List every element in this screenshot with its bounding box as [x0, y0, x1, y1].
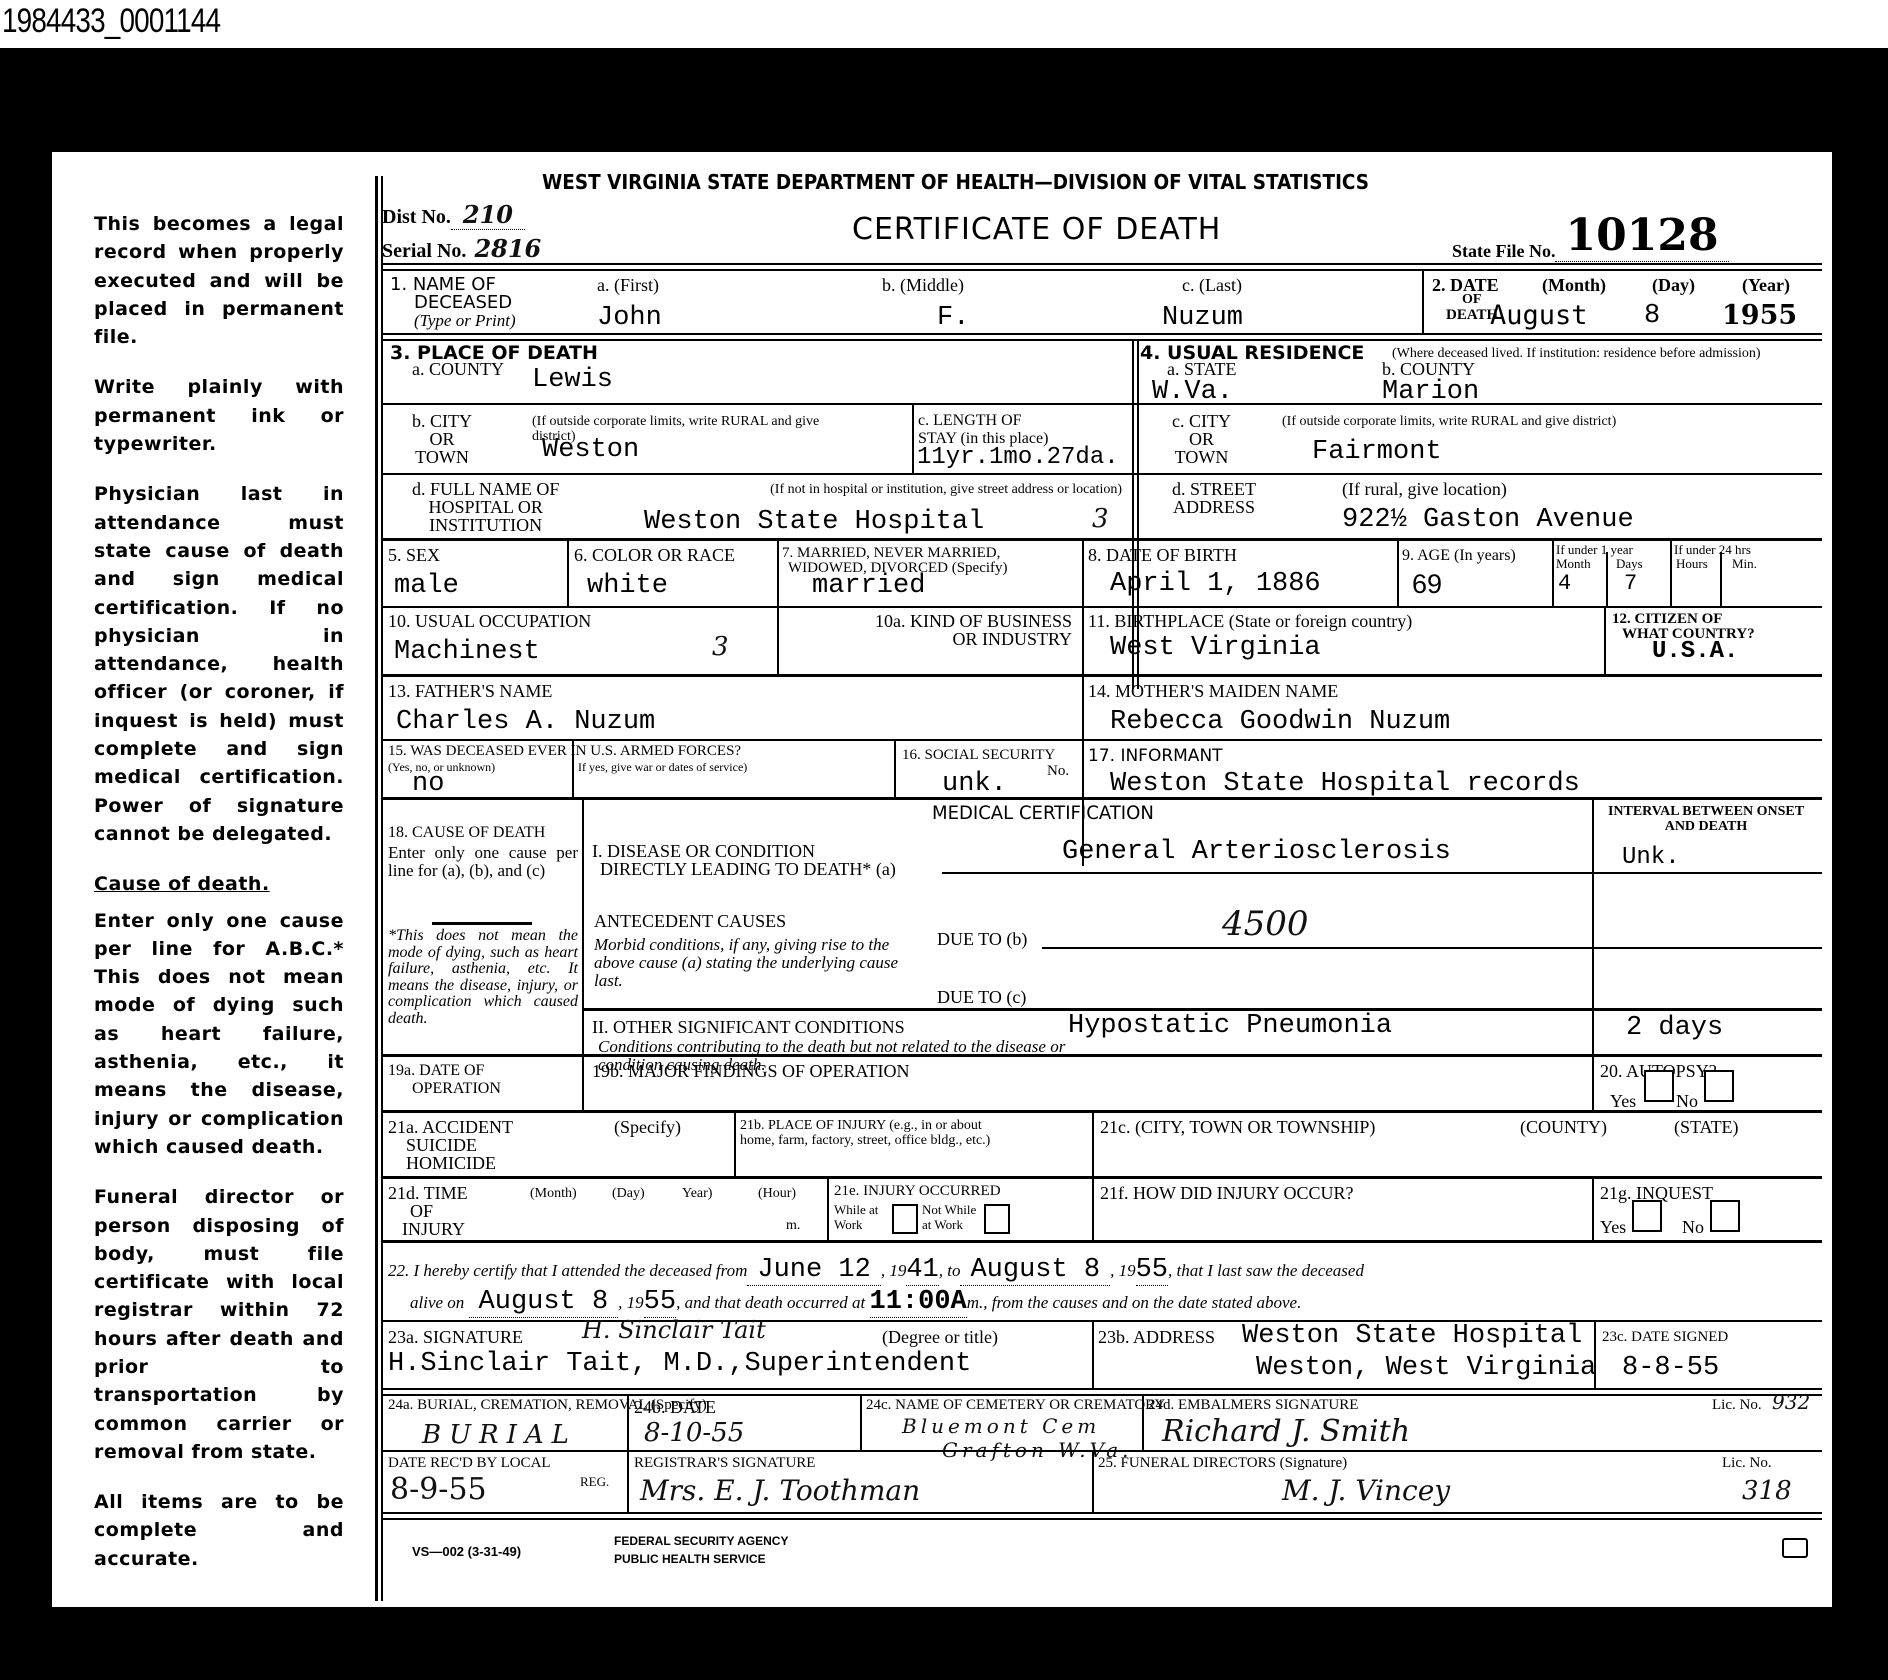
footer-agency: FEDERAL SECURITY AGENCY PUBLIC HEALTH SE… — [614, 1532, 788, 1568]
injury-m-label: m. — [786, 1218, 800, 1233]
operation-date-label: 19a. DATE OF OPERATION — [388, 1062, 501, 1098]
place-of-injury-label-1: 21b. PLACE OF INJURY (e.g., in or about — [740, 1118, 1090, 1133]
physician-signature: H. Sinclair Tait — [582, 1316, 766, 1344]
operation-date-label-1: 19a. DATE OF — [388, 1062, 501, 1080]
business-label-2: OR INDUSTRY — [782, 630, 1072, 648]
time-of-injury-label-2: OF — [388, 1202, 468, 1220]
injury-day-label: (Day) — [612, 1186, 645, 1201]
registrar-signature: Mrs. E. J. Toothman — [640, 1474, 920, 1507]
medical-heading: MEDICAL CERTIFICATION — [932, 802, 1154, 824]
top-band: 1984433_0001144 — [0, 0, 1888, 48]
certificate-title: CERTIFICATE OF DEATH — [852, 212, 1221, 247]
street-label-2: ADDRESS — [1172, 498, 1256, 516]
business-label: 10a. KIND OF BUSINESS OR INDUSTRY — [782, 612, 1072, 648]
address-line2: Weston, West Virginia — [1256, 1354, 1596, 1382]
accident-label-3: HOMICIDE — [388, 1154, 513, 1172]
rule — [1606, 552, 1608, 606]
age-value: 69 — [1412, 570, 1442, 598]
place-of-injury-label-2: home, farm, factory, street, office bldg… — [740, 1133, 1090, 1148]
due-to-b-value: 4500 — [1222, 904, 1309, 944]
birthplace-value: West Virginia — [1110, 634, 1321, 662]
line-a-label: I. DISEASE OR CONDITION DIRECTLY LEADING… — [592, 842, 896, 878]
death-month-value: August — [1490, 302, 1588, 330]
street-label: d. STREET ADDRESS — [1172, 480, 1256, 516]
rule — [382, 333, 1822, 341]
to-year-prefix: , 19 — [1110, 1261, 1136, 1280]
inquest-no-label: No — [1682, 1218, 1704, 1236]
hospital-label-1: d. FULL NAME OF — [412, 480, 559, 498]
rule — [1397, 540, 1399, 606]
date-signed-label: 23c. DATE SIGNED — [1602, 1330, 1728, 1345]
rule — [894, 739, 896, 797]
death-time: 11:00A — [870, 1287, 967, 1318]
certify-statement-line2: alive on August 8, 1955, and that death … — [410, 1288, 1301, 1316]
accident-label: 21a. ACCIDENT SUICIDE HOMICIDE — [388, 1118, 513, 1172]
certificate-paper: This becomes a legal record when properl… — [52, 152, 1832, 1607]
injury-city-label: 21c. (CITY, TOWN OR TOWNSHIP) — [1100, 1118, 1375, 1136]
cemetery-label: 24c. NAME OF CEMETERY OR CREMATORY — [866, 1398, 1165, 1413]
dist-no-value: 210 — [451, 200, 525, 230]
birthplace-label: 11. BIRTHPLACE (State or foreign country… — [1088, 612, 1412, 630]
rule — [827, 1178, 829, 1240]
not-while-at-work-label: Not While at Work — [922, 1202, 982, 1232]
dob-label: 8. DATE OF BIRTH — [1088, 546, 1237, 564]
res-city-label-2: OR — [1172, 430, 1231, 448]
autopsy-no-checkbox[interactable] — [1704, 1070, 1734, 1102]
date-signed-value: 8-8-55 — [1622, 1354, 1719, 1382]
last-seen-year: 55 — [644, 1287, 676, 1318]
instruction-write-plainly: Write plainly with permanent ink or type… — [94, 373, 344, 458]
last-name-label: c. (Last) — [1182, 276, 1242, 294]
res-city-label: c. CITY OR TOWN — [1172, 412, 1231, 466]
middle-name-label: b. (Middle) — [882, 276, 964, 294]
county-label: a. COUNTY — [412, 360, 504, 378]
dod-label-3: DEATH — [1432, 306, 1499, 324]
accident-specify: (Specify) — [614, 1118, 681, 1136]
rule — [382, 538, 1822, 541]
armed-forces-sub2: If yes, give war or dates of service) — [578, 760, 747, 775]
city-value: Weston — [542, 436, 639, 464]
place-of-injury-label: 21b. PLACE OF INJURY (e.g., in or about … — [740, 1118, 1090, 1148]
marital-value: married — [812, 572, 925, 600]
occupation-value: Machinest — [394, 638, 540, 666]
days-label: Days — [1616, 556, 1643, 571]
burial-value: BURIAL — [422, 1420, 577, 1450]
certify-text-3: , and that death occurred at — [676, 1293, 865, 1312]
name-label: 1. NAME OF DECEASED (Type or Print) — [390, 276, 516, 330]
last-seen-date: August 8 — [469, 1287, 619, 1318]
cause-of-death-label: 18. CAUSE OF DEATH — [388, 824, 545, 842]
rule — [382, 606, 1822, 608]
cause-of-death-heading: Cause of death. — [94, 873, 270, 895]
document-id: 1984433_0001144 — [2, 2, 220, 41]
residence-state-value: W.Va. — [1152, 378, 1233, 406]
from-year-prefix: , 19 — [881, 1261, 907, 1280]
line-a-label-1: I. DISEASE OR CONDITION — [592, 842, 896, 860]
time-of-injury-label-3: INJURY — [388, 1220, 468, 1238]
city-label-1: b. CITY — [412, 412, 472, 430]
burial-date-label: 24b. DATE — [634, 1398, 716, 1416]
res-city-label-3: TOWN — [1172, 448, 1231, 466]
rule — [942, 872, 1822, 874]
residence-state-label: a. STATE — [1167, 360, 1237, 378]
father-value: Charles A. Nuzum — [396, 708, 655, 736]
autopsy-no-label: No — [1676, 1092, 1698, 1110]
informant-value: Weston State Hospital records — [1110, 770, 1580, 798]
attended-to-date: August 8 — [960, 1255, 1110, 1286]
armed-forces-label: 15. WAS DECEASED EVER IN U.S. ARMED FORC… — [388, 744, 741, 759]
operation-findings-label: 19b. MAJOR FINDINGS OF OPERATION — [592, 1062, 910, 1080]
rule — [382, 674, 1822, 677]
hospital-label-3: INSTITUTION — [412, 516, 559, 534]
certify-text-1: 22. I hereby certify that I attended the… — [388, 1261, 747, 1280]
street-note: (If rural, give location) — [1342, 480, 1507, 498]
marital-label-1: 7. MARRIED, NEVER MARRIED, — [782, 546, 1008, 561]
rule — [912, 403, 914, 473]
rule — [382, 1054, 1822, 1057]
instruction-physician: Physician last in attendance must state … — [94, 480, 344, 848]
sex-value: male — [394, 572, 459, 600]
serial-no: Serial No.2816 — [382, 234, 549, 263]
ssn-label-no: No. — [1047, 764, 1069, 779]
day-label: (Day) — [1652, 276, 1695, 294]
name-label-2: DECEASED — [390, 294, 516, 312]
date-of-death-label: 2. DATE OF DEATH — [1432, 276, 1499, 324]
other-conditions-interval: 2 days — [1626, 1014, 1723, 1042]
hours-label: Hours — [1676, 556, 1708, 571]
hospital-mark: 3 — [1092, 504, 1109, 534]
first-name-value: John — [597, 304, 662, 332]
rule — [777, 540, 779, 606]
line-a-value: General Arteriosclerosis — [1062, 838, 1451, 866]
street-value: 922½ Gaston Avenue — [1342, 506, 1634, 534]
ssn-label: 16. SOCIAL SECURITY — [902, 748, 1055, 763]
stay-value: 11yr.1mo.27da. — [917, 444, 1119, 472]
mother-value: Rebecca Goodwin Nuzum — [1110, 708, 1450, 736]
address-line1: Weston State Hospital — [1242, 1322, 1582, 1350]
res-city-value: Fairmont — [1312, 438, 1442, 466]
rule — [1670, 540, 1672, 606]
county-value: Lewis — [532, 366, 613, 394]
residence-county-label: b. COUNTY — [1382, 360, 1475, 378]
date-received-label: DATE REC'D BY LOCAL — [388, 1456, 551, 1471]
father-label: 13. FATHER'S NAME — [388, 682, 552, 700]
signer-name: H.Sinclair Tait, M.D.,Superintendent — [388, 1350, 971, 1378]
rule — [582, 1056, 584, 1110]
certify-statement-line1: 22. I hereby certify that I attended the… — [388, 1256, 1364, 1284]
rule — [1592, 1178, 1594, 1240]
city-label-3: TOWN — [412, 448, 472, 466]
armed-forces-value: no — [412, 770, 444, 798]
footer-agency-1: FEDERAL SECURITY AGENCY — [614, 1532, 788, 1550]
line-a-interval: Unk. — [1622, 844, 1680, 872]
funeral-lic-value: 318 — [1742, 1476, 1792, 1506]
attended-to-year: 55 — [1136, 1255, 1168, 1286]
funeral-lic-label: Lic. No. — [1722, 1456, 1772, 1471]
embalmer-lic-value: 932 — [1772, 1390, 1810, 1414]
accident-label-2: SUICIDE — [388, 1136, 513, 1154]
rule — [382, 473, 1822, 475]
state-file-label: State File No. — [1452, 241, 1555, 261]
how-injury-label: 21f. HOW DID INJURY OCCUR? — [1100, 1184, 1354, 1202]
date-received-value: 8-9-55 — [390, 1472, 487, 1507]
interval-label: INTERVAL BETWEEN ONSET AND DEATH — [1596, 804, 1816, 834]
rule — [1422, 269, 1424, 335]
rule — [777, 606, 779, 674]
rule — [382, 263, 1822, 271]
rule — [382, 1176, 1822, 1179]
cause-footnote: *This does not mean the mode of dying, s… — [388, 928, 578, 1027]
street-label-1: d. STREET — [1172, 480, 1256, 498]
instructions-sidebar: This becomes a legal record when properl… — [94, 210, 344, 1595]
citizen-value: U.S.A. — [1652, 638, 1738, 666]
city-label: b. CITY OR TOWN — [412, 412, 472, 466]
other-conditions-value: Hypostatic Pneumonia — [1068, 1012, 1392, 1040]
injury-month-label: (Month) — [530, 1186, 577, 1201]
degree-label: (Degree or title) — [882, 1328, 998, 1346]
due-to-c-label: DUE TO (c) — [937, 988, 1026, 1006]
rule — [1604, 606, 1606, 674]
inquest-yes-checkbox[interactable] — [1632, 1200, 1662, 1232]
dist-no: Dist No.210 — [382, 200, 525, 229]
cause-instructions: Enter only one cause per line for (a), (… — [388, 844, 578, 880]
embalmer-label: 24d. EMBALMERS SIGNATURE — [1148, 1398, 1358, 1413]
injury-county-label: (COUNTY) — [1520, 1118, 1607, 1136]
embalmer-signature: Richard J. Smith — [1162, 1414, 1410, 1449]
union-label-icon — [1782, 1538, 1808, 1558]
not-while-at-work-checkbox[interactable] — [984, 1204, 1010, 1234]
rule — [567, 540, 569, 606]
inquest-yes-label: Yes — [1600, 1218, 1626, 1236]
rule — [734, 1112, 736, 1176]
race-value: white — [587, 572, 668, 600]
rule — [860, 1394, 862, 1450]
stay-label-1: c. LENGTH OF — [918, 412, 1048, 430]
attended-from-date: June 12 — [747, 1255, 880, 1286]
inquest-no-checkbox[interactable] — [1710, 1200, 1740, 1232]
middle-name-value: F. — [937, 304, 969, 332]
mother-label: 14. MOTHER'S MAIDEN NAME — [1088, 682, 1338, 700]
rule — [382, 1388, 1822, 1396]
certificate-form: WEST VIRGINIA STATE DEPARTMENT OF HEALTH… — [382, 152, 1822, 1607]
serial-no-value: 2816 — [466, 234, 549, 264]
state-file-no: State File No.10128 — [1452, 210, 1729, 262]
certify-text-4: m., from the causes and on the date stat… — [967, 1293, 1302, 1312]
date-received-reg: REG. — [580, 1474, 609, 1489]
funeral-director-signature: M. J. Vincey — [1282, 1474, 1450, 1507]
rule — [382, 1240, 1822, 1243]
residence-county-value: Marion — [1382, 378, 1479, 406]
dob-value: April 1, 1886 — [1110, 570, 1321, 598]
year-label: (Year) — [1742, 276, 1790, 294]
months-label: Month — [1556, 556, 1591, 571]
rule — [1592, 800, 1594, 1110]
to-text: , to — [939, 1261, 961, 1280]
injury-year-label: Year) — [682, 1186, 712, 1201]
sex-label: 5. SEX — [388, 546, 440, 564]
instruction-complete: All items are to be complete and accurat… — [94, 1488, 344, 1573]
accident-label-1: 21a. ACCIDENT — [388, 1118, 513, 1136]
occupation-label: 10. USUAL OCCUPATION — [388, 612, 591, 630]
due-to-b-label: DUE TO (b) — [937, 930, 1027, 948]
citizen-label-1: 12. CITIZEN OF — [1612, 612, 1755, 627]
rule — [382, 1512, 1822, 1520]
agency-heading: WEST VIRGINIA STATE DEPARTMENT OF HEALTH… — [542, 170, 1369, 194]
month-label: (Month) — [1542, 276, 1606, 294]
death-day-value: 8 — [1644, 302, 1660, 330]
attended-from-year: 41 — [906, 1255, 938, 1286]
last-name-value: Nuzum — [1162, 304, 1243, 332]
stay-label: c. LENGTH OF STAY (in this place) — [918, 412, 1048, 448]
embalmer-lic-label: Lic. No. — [1712, 1398, 1762, 1413]
form-number: VS—002 (3-31-49) — [412, 1544, 521, 1559]
instruction-legal-record: This becomes a legal record when properl… — [94, 210, 344, 351]
hospital-label: d. FULL NAME OF HOSPITAL OR INSTITUTION — [412, 480, 559, 534]
age-label: 9. AGE (In years) — [1402, 548, 1516, 563]
res-city-note: (If outside corporate limits, write RURA… — [1282, 414, 1616, 429]
injury-occurred-label: 21e. INJURY OCCURRED — [834, 1184, 1001, 1199]
rule — [1042, 947, 1822, 949]
rule — [382, 739, 1822, 741]
rule — [1552, 540, 1554, 606]
address-label: 23b. ADDRESS — [1098, 1328, 1215, 1346]
days-value: 7 — [1624, 570, 1637, 598]
instruction-funeral: Funeral director or person disposing of … — [94, 1183, 344, 1466]
footer-agency-2: PUBLIC HEALTH SERVICE — [614, 1550, 788, 1568]
hospital-value: Weston State Hospital — [644, 508, 984, 536]
injury-state-label: (STATE) — [1674, 1118, 1739, 1136]
antecedent-note: Morbid conditions, if any, giving rise t… — [594, 936, 904, 990]
cemetery-value-1: Bluemont Cem — [902, 1414, 1100, 1438]
under-24-label: If under 24 hrs — [1674, 542, 1751, 557]
registrar-label: REGISTRAR'S SIGNATURE — [634, 1456, 815, 1471]
rule — [1092, 1320, 1094, 1388]
rule — [382, 797, 1822, 800]
occupation-mark: 3 — [712, 632, 729, 662]
ssn-value: unk. — [942, 770, 1007, 798]
other-conditions-label: II. OTHER SIGNIFICANT CONDITIONS — [592, 1018, 905, 1036]
while-at-work-label: While at Work — [834, 1202, 890, 1232]
name-label-3: (Type or Print) — [390, 312, 516, 330]
autopsy-yes-label: Yes — [1610, 1092, 1636, 1110]
funeral-director-label: 25. FUNERAL DIRECTORS (Signature) — [1098, 1456, 1347, 1471]
operation-date-label-2: OPERATION — [388, 1080, 501, 1098]
line-a-label-2: DIRECTLY LEADING TO DEATH* (a) — [592, 860, 896, 878]
min-label: Min. — [1732, 556, 1757, 571]
burial-date-value: 8-10-55 — [644, 1418, 744, 1448]
dod-label-2: OF — [1432, 294, 1499, 306]
months-value: 4 — [1558, 570, 1571, 598]
alive-year-prefix: , 19 — [618, 1293, 644, 1312]
race-label: 6. COLOR OR RACE — [574, 546, 735, 564]
alive-on-text: alive on — [410, 1293, 464, 1312]
autopsy-yes-checkbox[interactable] — [1644, 1070, 1674, 1102]
business-label-1: 10a. KIND OF BUSINESS — [782, 612, 1072, 630]
antecedent-label: ANTECEDENT CAUSES — [594, 912, 786, 930]
certify-text-2: , that I last saw the deceased — [1168, 1261, 1364, 1280]
res-city-label-1: c. CITY — [1172, 412, 1231, 430]
first-name-label: a. (First) — [597, 276, 659, 294]
dist-no-label: Dist No. — [382, 206, 451, 228]
time-of-injury-label-1: 21d. TIME — [388, 1184, 468, 1202]
hospital-note: (If not in hospital or institution, give… — [662, 482, 1122, 497]
city-label-2: OR — [412, 430, 472, 448]
under-1-year-label: If under 1 year — [1556, 542, 1633, 557]
serial-no-label: Serial No. — [382, 240, 466, 262]
informant-label: 17. INFORMANT — [1088, 746, 1223, 766]
rule — [382, 1110, 1822, 1113]
rule — [582, 800, 584, 1054]
rule — [1720, 552, 1722, 606]
rule — [432, 922, 532, 925]
rule — [382, 403, 1822, 405]
signature-label: 23a. SIGNATURE — [388, 1328, 523, 1346]
rule — [382, 1450, 1822, 1452]
while-at-work-checkbox[interactable] — [892, 1204, 918, 1234]
injury-hour-label: (Hour) — [758, 1186, 796, 1201]
hospital-label-2: HOSPITAL OR — [412, 498, 559, 516]
death-year-value: 1955 — [1722, 302, 1797, 330]
state-file-value: 10128 — [1555, 210, 1728, 262]
instruction-cause: Enter only one cause per line for A.B.C.… — [94, 907, 344, 1162]
time-of-injury-label: 21d. TIME OF INJURY — [388, 1184, 468, 1238]
